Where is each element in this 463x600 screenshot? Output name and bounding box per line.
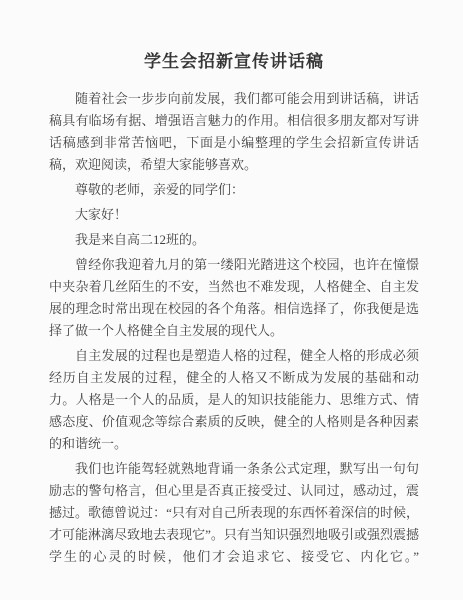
salutation-paragraph: 尊敬的老师，亲爱的同学们： (49, 179, 419, 201)
greeting-paragraph: 大家好！ (49, 204, 419, 226)
body-paragraph-quote: 我们也许能驾轻就熟地背诵一条条公式定理，默写出一句句励志的警句格言，但心里是否真… (49, 458, 419, 568)
intro-paragraph: 随着社会一步步向前发展，我们都可能会用到讲话稿，讲话稿具有临场有据、增强语言魅力… (49, 88, 419, 176)
document-title: 学生会招新宣传讲话稿 (49, 50, 419, 74)
body-paragraph-personality: 自主发展的过程也是塑造人格的过程，健全人格的形成必须经历自主发展的过程，健全的人… (49, 345, 419, 455)
self-introduction-paragraph: 我是来自高二12班的。 (49, 229, 419, 251)
document-page: 学生会招新宣传讲话稿 随着社会一步步向前发展，我们都可能会用到讲话稿，讲话稿具有… (0, 0, 463, 600)
body-paragraph-campus: 曾经你我迎着九月的第一缕阳光踏进这个校园，也许在憧憬中夹杂着几丝陌生的不安，当然… (49, 254, 419, 342)
